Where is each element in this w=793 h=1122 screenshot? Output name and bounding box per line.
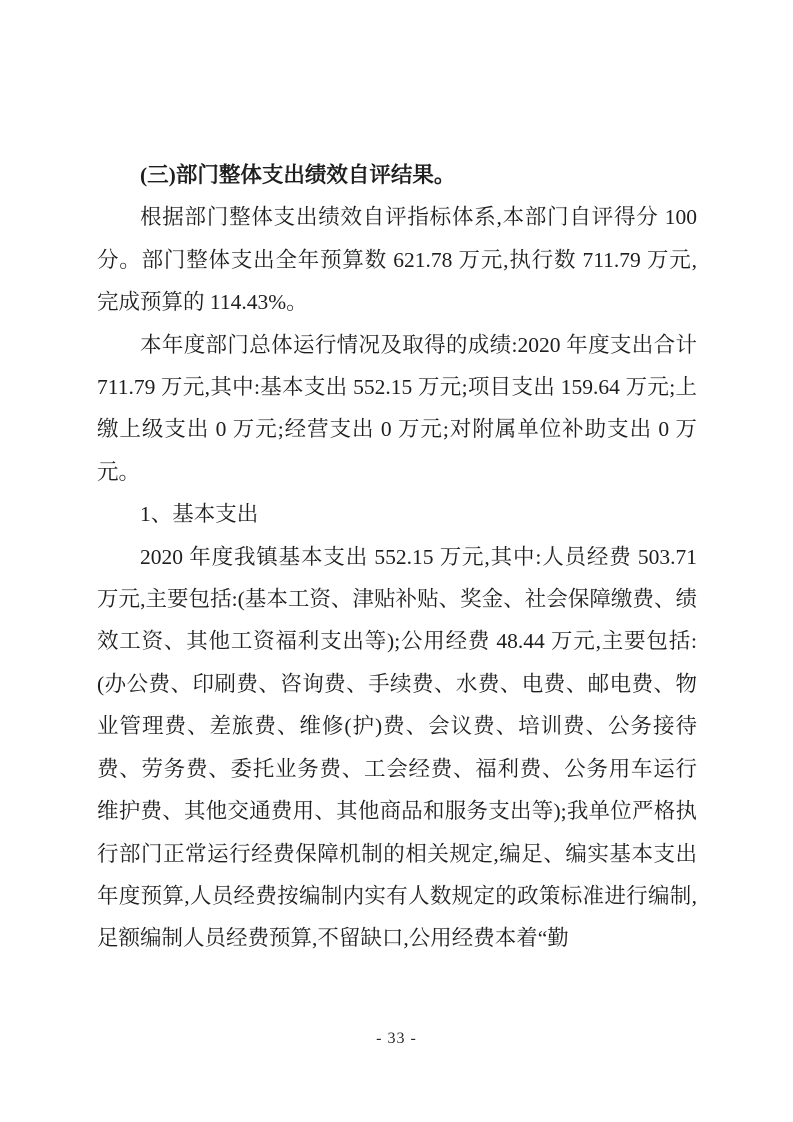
paragraph-basic-expenditure-detail: 2020 年度我镇基本支出 552.15 万元,其中:人员经费 503.71 万… (97, 536, 697, 960)
paragraph-self-evaluation-result: 根据部门整体支出绩效自评指标体系,本部门自评得分 100 分。部门整体支出全年预… (97, 196, 697, 323)
paragraph-annual-operation-summary: 本年度部门总体运行情况及取得的成绩:2020 年度支出合计 711.79 万元,… (97, 324, 697, 494)
page-number: - 33 - (0, 1030, 793, 1048)
document-content: (三)部门整体支出绩效自评结果。 根据部门整体支出绩效自评指标体系,本部门自评得… (97, 154, 697, 960)
subheading-basic-expenditure: 1、基本支出 (97, 493, 697, 535)
document-page: (三)部门整体支出绩效自评结果。 根据部门整体支出绩效自评指标体系,本部门自评得… (0, 0, 793, 1122)
section-heading: (三)部门整体支出绩效自评结果。 (97, 154, 697, 196)
